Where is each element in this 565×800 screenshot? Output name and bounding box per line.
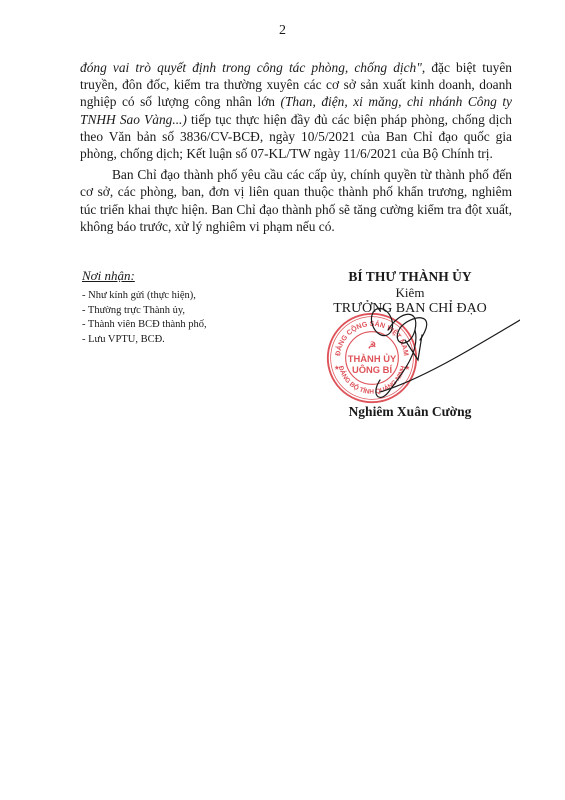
page-number: 2	[0, 23, 565, 39]
recipients-title: Nơi nhận:	[82, 268, 207, 284]
recipient-item: - Thường trực Thành ủy,	[82, 304, 207, 319]
recipients-list: - Như kính gửi (thực hiện), - Thường trự…	[82, 289, 207, 347]
italic-lead: đóng vai trò quyết định trong công tác p…	[80, 60, 422, 75]
handwritten-signature-icon	[360, 300, 520, 410]
signer-concurrent: Kiêm	[305, 285, 515, 300]
paragraph-2: Ban Chỉ đạo thành phố yêu cầu các cấp ủy…	[80, 166, 512, 235]
recipient-item: - Lưu VPTU, BCĐ.	[82, 333, 207, 348]
recipient-item: - Như kính gửi (thực hiện),	[82, 289, 207, 304]
recipients-block: Nơi nhận: - Như kính gửi (thực hiện), - …	[82, 268, 207, 347]
signer-role: BÍ THƯ THÀNH ỦY	[305, 268, 515, 285]
document-body: đóng vai trò quyết định trong công tác p…	[80, 59, 512, 235]
paragraph-1: đóng vai trò quyết định trong công tác p…	[80, 59, 512, 162]
recipient-item: - Thành viên BCĐ thành phố,	[82, 318, 207, 333]
